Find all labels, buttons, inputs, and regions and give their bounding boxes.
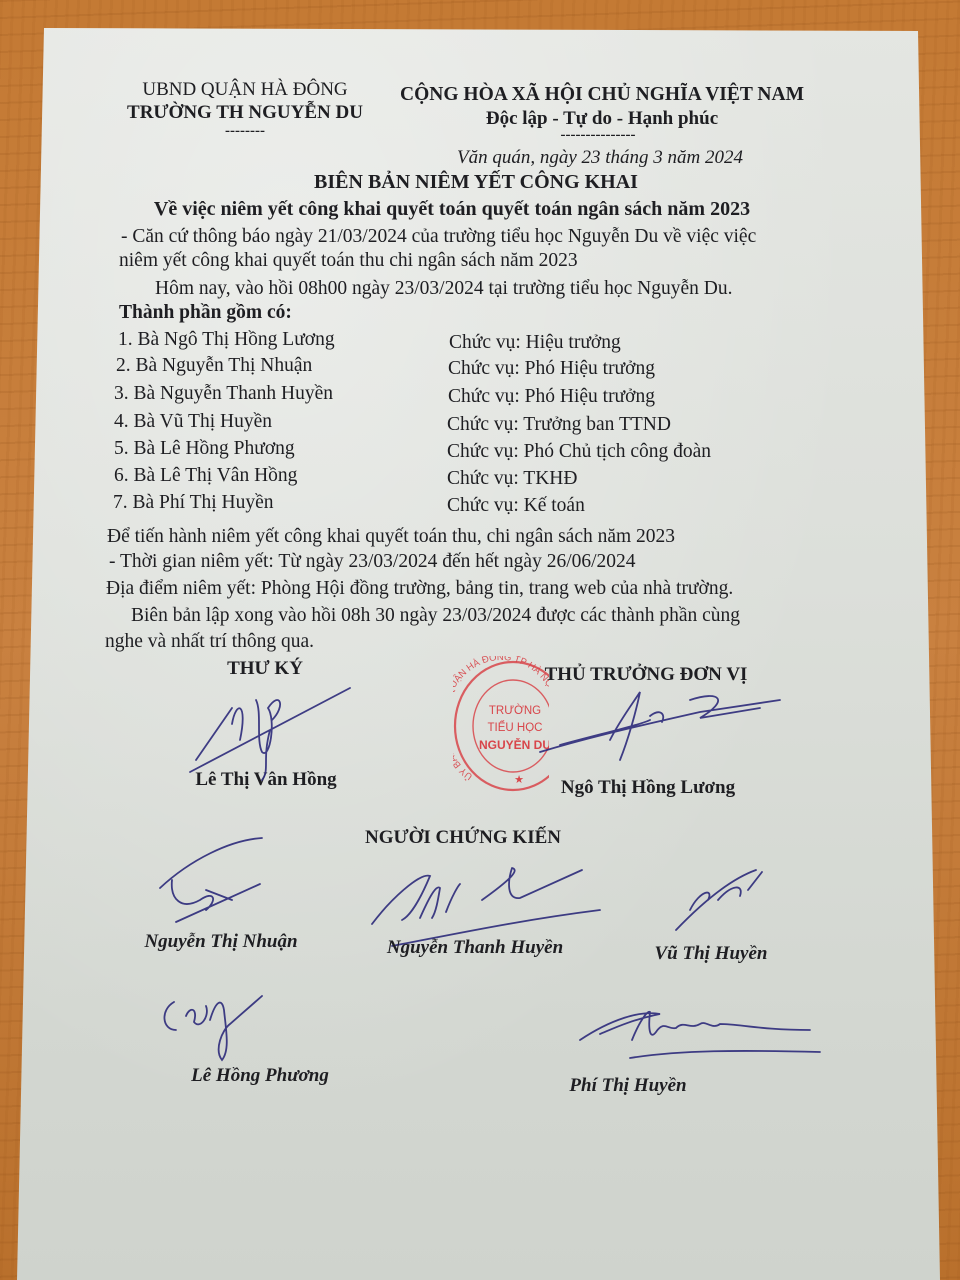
secretary-title: THƯ KÝ bbox=[227, 659, 303, 678]
witness-heading: NGƯỜI CHỨNG KIẾN bbox=[365, 828, 561, 847]
header-right-divider: --------------- bbox=[561, 128, 636, 143]
header-school: TRƯỜNG TH NGUYỄN DU bbox=[127, 103, 363, 122]
svg-text:TIỂU HỌC: TIỂU HỌC bbox=[488, 721, 543, 734]
place-line: Địa điểm niêm yết: Phòng Hội đồng trường… bbox=[106, 579, 733, 599]
member-role: Chức vụ: Trưởng ban TTND bbox=[447, 415, 671, 435]
member-name: 1. Bà Ngô Thị Hồng Lương bbox=[118, 330, 335, 350]
document-subtitle: Về việc niêm yết công khai quyết toán qu… bbox=[154, 199, 750, 219]
closing-line-1: Biên bản lập xong vào hồi 08h 30 ngày 23… bbox=[131, 606, 740, 626]
member-name: 2. Bà Nguyễn Thị Nhuận bbox=[116, 356, 312, 376]
svg-text:NGUYỄN DU: NGUYỄN DU bbox=[479, 737, 549, 752]
document-title: BIÊN BẢN NIÊM YẾT CÔNG KHAI bbox=[314, 172, 638, 192]
member-role: Chức vụ: Phó Hiệu trưởng bbox=[448, 359, 655, 379]
secretary-name: Lê Thị Vân Hồng bbox=[195, 770, 336, 789]
basis-line-2: niêm yết công khai quyết toán thu chi ng… bbox=[119, 251, 578, 271]
members-heading: Thành phần gồm có: bbox=[119, 303, 292, 323]
header-left-divider: -------- bbox=[225, 124, 265, 139]
witness-name-1: Nguyễn Thị Nhuận bbox=[144, 932, 297, 951]
head-name: Ngô Thị Hồng Lương bbox=[561, 778, 735, 797]
svg-text:TRƯỜNG: TRƯỜNG bbox=[489, 704, 541, 717]
school-stamp: ỦY BAN NHÂN DÂN QUẬN HÀ ĐÔNG TP HÀ NỘI T… bbox=[453, 656, 549, 796]
member-name: 6. Bà Lê Thị Vân Hồng bbox=[114, 466, 297, 486]
header-motto: Độc lập - Tự do - Hạnh phúc bbox=[486, 109, 718, 128]
member-name: 4. Bà Vũ Thị Huyền bbox=[114, 412, 272, 432]
header-nation: CỘNG HÒA XÃ HỘI CHỦ NGHĨA VIỆT NAM bbox=[400, 85, 804, 105]
time-line: - Thời gian niêm yết: Từ ngày 23/03/2024… bbox=[109, 552, 636, 572]
witness-name-4: Lê Hồng Phương bbox=[191, 1066, 329, 1085]
svg-text:★: ★ bbox=[514, 773, 524, 786]
document-date: Văn quán, ngày 23 tháng 3 năm 2024 bbox=[457, 148, 743, 167]
today-line: Hôm nay, vào hồi 08h00 ngày 23/03/2024 t… bbox=[155, 279, 732, 299]
member-role: Chức vụ: Phó Chủ tịch công đoàn bbox=[447, 442, 711, 462]
member-role: Chức vụ: TKHĐ bbox=[447, 469, 577, 489]
witness-name-3: Vũ Thị Huyền bbox=[655, 944, 768, 963]
header-authority: UBND QUẬN HÀ ĐÔNG bbox=[142, 80, 347, 99]
member-name: 3. Bà Nguyễn Thanh Huyền bbox=[114, 384, 333, 404]
purpose-line: Để tiến hành niêm yết công khai quyết to… bbox=[107, 527, 675, 547]
member-name: 5. Bà Lê Hồng Phương bbox=[114, 439, 295, 459]
closing-line-2: nghe và nhất trí thông qua. bbox=[105, 632, 314, 652]
witness-name-5: Phí Thị Huyền bbox=[569, 1076, 686, 1095]
witness-name-2: Nguyễn Thanh Huyền bbox=[387, 938, 563, 957]
head-title: THỦ TRƯỞNG ĐƠN VỊ bbox=[545, 665, 748, 684]
member-role: Chức vụ: Hiệu trưởng bbox=[449, 333, 621, 353]
member-role: Chức vụ: Phó Hiệu trưởng bbox=[448, 387, 655, 407]
member-name: 7. Bà Phí Thị Huyền bbox=[113, 493, 274, 513]
basis-line-1: - Căn cứ thông báo ngày 21/03/2024 của t… bbox=[121, 227, 756, 247]
member-role: Chức vụ: Kế toán bbox=[447, 496, 585, 516]
